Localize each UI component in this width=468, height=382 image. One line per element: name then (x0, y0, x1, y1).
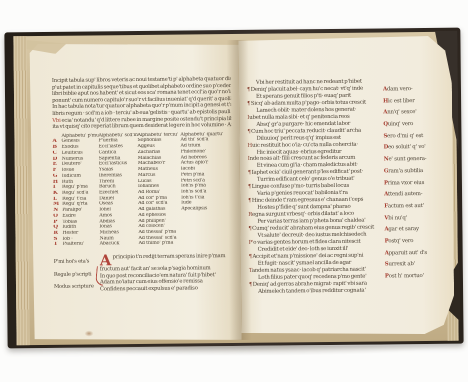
margin-note: Deo soluit' q' vo' (384, 142, 446, 154)
closing-line: Confidens peccauit expulsus e' paradiso (100, 285, 233, 293)
margin-notes-column: Adam vero-Hic est liberAnn'q' sexce'Quin… (383, 84, 447, 283)
foxing-stain (84, 330, 93, 336)
margin-note: Surrexit ab' (385, 259, 447, 271)
right-page: Vbi her restituit ad hanc ne redeant p'h… (238, 36, 454, 336)
gutter-shadow (226, 40, 251, 340)
margin-note: Hic est liber (383, 95, 445, 107)
margin-note: Adam vero- (383, 84, 445, 96)
margin-note: Sero d'mi q' est (383, 131, 445, 143)
text-line: Abimelech tandem o'ibus redditur cognata… (258, 287, 381, 295)
margin-note: Factum est aut' (384, 201, 446, 213)
main-text-column: Vbi her restituit ad hanc ne redeant p'h… (247, 78, 381, 295)
margin-note: Ann'q' sexce' (383, 107, 445, 119)
margin-note: Post h' mortuo' (385, 271, 447, 283)
closing-margin-label: P'mi hoi's eta's (54, 256, 96, 269)
margin-note: Vbi nu'q' (384, 212, 446, 224)
closing-margin-labels: P'mi hoi's eta'sRegule p'scriptiModus sc… (54, 256, 96, 294)
margin-note: Quinq' vero (383, 119, 445, 131)
row-letter: T (54, 242, 63, 248)
photo-background: Incipit tabula sup' libros veteris ac no… (0, 0, 468, 382)
margin-note: Apparuit aut' d's (385, 247, 447, 259)
margin-note: Gram'a subtilia (384, 166, 446, 178)
margin-note: Ne' sunt genera- (384, 154, 446, 166)
closing-margin-label: Regule p'scripti (54, 268, 96, 281)
margin-note: Agar et saray (384, 224, 446, 236)
book: Incipit tabula sup' libros veteris ac no… (4, 28, 463, 351)
index-table: Alphabetu' p'mu'Alphabetu' scd'mAlphabet… (52, 132, 232, 248)
closing-lines: Aprincipio t'n redijt terram sperans ini… (100, 253, 233, 293)
intro-line: ita vt quisq' cito reperiat librum quem … (52, 122, 231, 130)
margin-note: Prima vxor eius (384, 177, 446, 189)
closing-section: P'mi hoi's eta'sRegule p'scriptiModus sc… (54, 253, 233, 295)
lombard-initial: A (100, 254, 112, 266)
left-page-content: Incipit tabula sup' libros veteris ac no… (52, 76, 233, 295)
table-row: TPsalteriu'AbacuckAd thimo' p'ma (54, 240, 233, 248)
margin-note: Attendi autem- (384, 189, 446, 201)
margin-note: Postq' vero (385, 236, 447, 248)
table-cell: Abacuck (100, 241, 139, 247)
table-cell (182, 240, 233, 246)
table-cell: Psalteriu' (63, 242, 100, 248)
closing-margin-label: Modus scripture (54, 281, 96, 294)
rubric-word: Vbi (52, 117, 61, 123)
intro-paragraph: Incipit tabula sup' libros veteris ac no… (52, 76, 232, 131)
left-page: Incipit tabula sup' libros veteris ac no… (29, 42, 241, 342)
table-cell: Ad thimo' p'ma (139, 241, 182, 247)
